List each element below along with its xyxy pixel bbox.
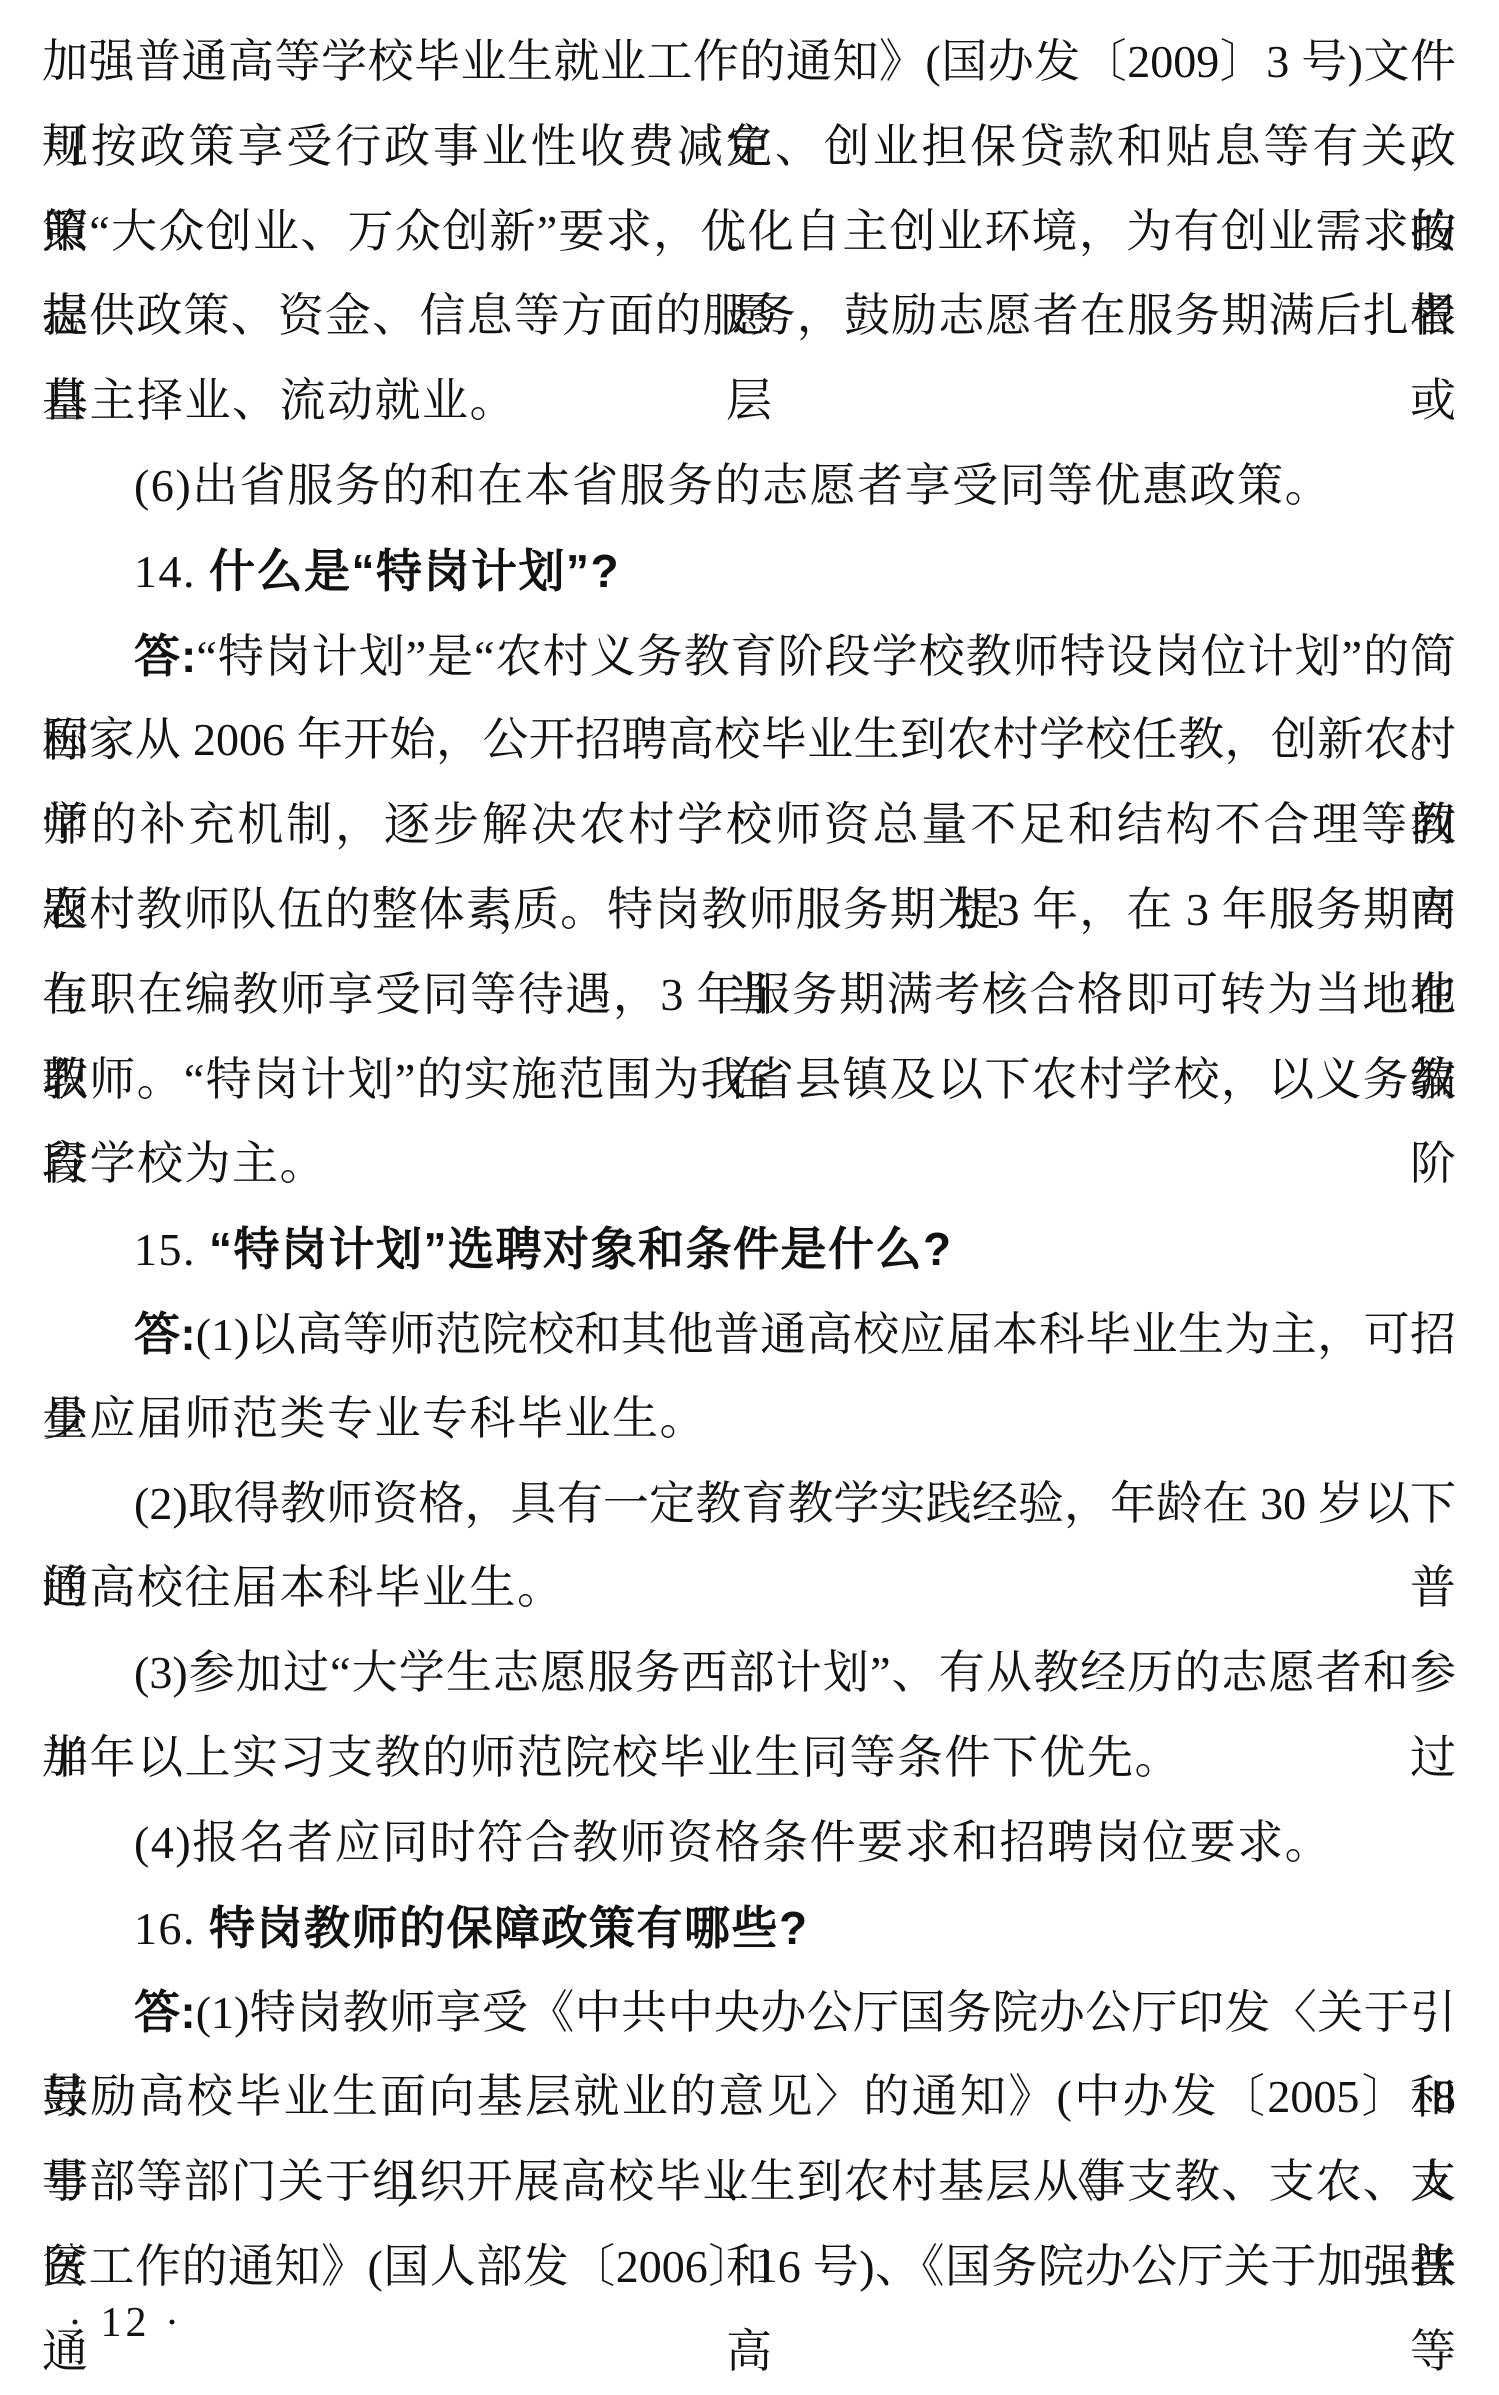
page-number: · 12 · — [68, 2298, 183, 2348]
text-line: (4)报名者应同时符合教师资格条件要求和招聘岗位要求。 — [42, 1801, 1456, 1886]
text-line: 鼓励高校毕业生面向基层就业的意见〉的通知》(中办发〔2005〕18 号)、《人 — [42, 2055, 1456, 2140]
body-text: (4)报名者应同时符合教师资格条件要求和招聘岗位要求。 — [134, 1817, 1332, 1868]
body-text: 通高校往届本科毕业生。 — [42, 1562, 565, 1613]
body-text: (6)出省服务的和在本省服务的志愿者享受同等优惠政策。 — [134, 460, 1332, 511]
text-line: 农村教师队伍的整体素质。特岗教师服务期为 3 年，在 3 年服务期内与当地 — [42, 868, 1456, 953]
text-line: 提供政策、资金、信息等方面的服务，鼓励志愿者在服务期满后扎根基层或 — [42, 274, 1456, 359]
heading-line: 14. 什么是“特岗计划”? — [42, 529, 1456, 614]
text-line: 量应届师范类专业专科毕业生。 — [42, 1377, 1456, 1462]
text-line: 可按政策享受行政事业性收费减免、创业担保贷款和贴息等有关政策。按 — [42, 105, 1456, 190]
body-text: 量应届师范类专业专科毕业生。 — [42, 1393, 707, 1444]
text-line: 教师。“特岗计划”的实施范围为我省县镇及以下农村学校，以义务教育阶 — [42, 1038, 1456, 1123]
text-line: 答:“特岗计划”是“农村义务教育阶段学校教师特设岗位计划”的简称。 — [42, 614, 1456, 699]
body-text: 贫工作的通知》(国人部发〔2006〕16 号)、《国务院办公厅关于加强普通高等 — [42, 2241, 1456, 2377]
bold-text: “特岗计划”选聘对象和条件是什么? — [209, 1223, 953, 1275]
body-text: 自主择业、流动就业。 — [42, 375, 517, 426]
text-line: 在职在编教师享受同等待遇，3 年服务期满考核合格即可转为当地在职在编 — [42, 953, 1456, 1038]
text-line: (3)参加过“大学生志愿服务西部计划”、有从教经历的志愿者和参加过 — [42, 1631, 1456, 1716]
bold-text: 什么是“特岗计划”? — [209, 545, 620, 597]
body-text: 半年以上实习支教的师范院校毕业生同等条件下优先。 — [42, 1732, 1182, 1783]
bold-text: 特岗教师的保障政策有哪些? — [209, 1902, 809, 1954]
text-line: 照“大众创业、万众创新”要求，优化自主创业环境，为有创业需求的志愿者 — [42, 190, 1456, 275]
heading-line: 15. “特岗计划”选聘对象和条件是什么? — [42, 1207, 1456, 1292]
body-text: 16. — [134, 1903, 209, 1954]
bold-text: 答: — [134, 1986, 196, 2038]
text-line: 国家从 2006 年开始，公开招聘高校毕业生到农村学校任教，创新农村学校教 — [42, 698, 1456, 783]
text-line: 师的补充机制，逐步解决农村学校师资总量不足和结构不合理等问题，提高 — [42, 783, 1456, 868]
body-text: 14. — [134, 546, 209, 597]
text-line: 贫工作的通知》(国人部发〔2006〕16 号)、《国务院办公厅关于加强普通高等 — [42, 2225, 1456, 2310]
text-line: 答:(1)以高等师范院校和其他普通高校应届本科毕业生为主，可招少 — [42, 1292, 1456, 1377]
body-text: 15. — [134, 1224, 209, 1275]
body-text: 段学校为主。 — [42, 1138, 327, 1189]
bold-text: 答: — [134, 630, 196, 682]
text-line: 事部等部门关于组织开展高校毕业生到农村基层从事支教、支农、支医和扶 — [42, 2140, 1456, 2225]
text-line: 加强普通高等学校毕业生就业工作的通知》(国办发〔2009〕3 号)文件规定， — [42, 20, 1456, 105]
bold-text: 答: — [134, 1308, 196, 1360]
heading-line: 16. 特岗教师的保障政策有哪些? — [42, 1886, 1456, 1971]
text-block: 加强普通高等学校毕业生就业工作的通知》(国办发〔2009〕3 号)文件规定，可按… — [42, 20, 1456, 2310]
document-page: 加强普通高等学校毕业生就业工作的通知》(国办发〔2009〕3 号)文件规定，可按… — [0, 0, 1499, 2395]
text-line: 答:(1)特岗教师享受《中共中央办公厅国务院办公厅印发〈关于引导和 — [42, 1970, 1456, 2055]
text-line: (6)出省服务的和在本省服务的志愿者享受同等优惠政策。 — [42, 444, 1456, 529]
text-line: (2)取得教师资格，具有一定教育教学实践经验，年龄在 30 岁以下的普 — [42, 1462, 1456, 1547]
